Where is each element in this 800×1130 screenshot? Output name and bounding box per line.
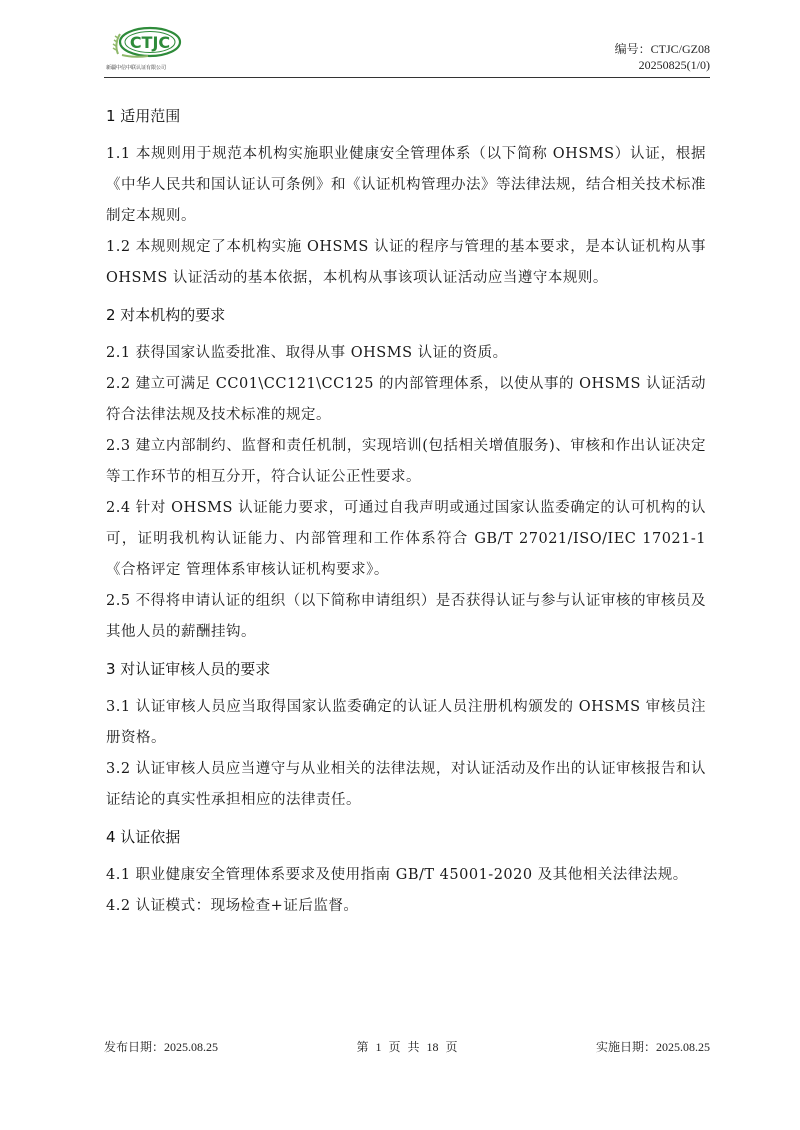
section-heading: 4 认证依据 <box>106 824 706 850</box>
document-body: 1 适用范围 1.1 本规则用于规范本机构实施职业健康安全管理体系（以下简称 O… <box>106 103 706 922</box>
paragraph-2-5: 2.5 不得将申请认证的组织（以下简称申请组织）是否获得认证与参与认证审核的审核… <box>106 586 706 648</box>
publish-date: 发布日期：2025.08.25 <box>104 1038 218 1055</box>
paragraph-2-3: 2.3 建立内部制约、监督和责任机制，实现培训(包括相关增值服务)、审核和作出认… <box>106 431 706 493</box>
paragraph-2-1: 2.1 获得国家认监委批准、取得从事 OHSMS 认证的资质。 <box>106 338 706 369</box>
paragraph-1-2: 1.2 本规则规定了本机构实施 OHSMS 认证的程序与管理的基本要求，是本认证… <box>106 232 706 294</box>
section-heading: 3 对认证审核人员的要求 <box>106 656 706 682</box>
page-header: CTJC 新疆中信中联认证有限公司 编号：CTJC/GZ08 20250825(… <box>104 24 710 76</box>
header-divider <box>104 77 710 78</box>
section-3: 3 对认证审核人员的要求 3.1 认证审核人员应当取得国家认监委确定的认证人员注… <box>106 656 706 816</box>
page-number: 第 1 页 共 18 页 <box>356 1038 457 1055</box>
paragraph-3-1: 3.1 认证审核人员应当取得国家认监委确定的认证人员注册机构颁发的 OHSMS … <box>106 692 706 754</box>
paragraph-4-1: 4.1 职业健康安全管理体系要求及使用指南 GB/T 45001-2020 及其… <box>106 860 706 891</box>
paragraph-2-4: 2.4 针对 OHSMS 认证能力要求，可通过自我声明或通过国家认监委确定的认可… <box>106 493 706 586</box>
section-4: 4 认证依据 4.1 职业健康安全管理体系要求及使用指南 GB/T 45001-… <box>106 824 706 922</box>
effective-date: 实施日期：2025.08.25 <box>596 1038 710 1055</box>
paragraph-4-2: 4.2 认证模式：现场检查+证后监督。 <box>106 891 706 922</box>
section-heading: 2 对本机构的要求 <box>106 302 706 328</box>
company-name: 新疆中信中联认证有限公司 <box>106 64 166 71</box>
svg-text:CTJC: CTJC <box>130 33 170 52</box>
page-footer: 发布日期：2025.08.25 第 1 页 共 18 页 实施日期：2025.0… <box>104 1038 710 1054</box>
paragraph-1-1: 1.1 本规则用于规范本机构实施职业健康安全管理体系（以下简称 OHSMS）认证… <box>106 139 706 232</box>
section-heading: 1 适用范围 <box>106 103 706 129</box>
document-version: 20250825(1/0) <box>615 57 710 73</box>
paragraph-2-2: 2.2 建立可满足 CC01\CC121\CC125 的内部管理体系，以使从事的… <box>106 369 706 431</box>
document-number: 编号：CTJC/GZ08 <box>615 41 710 57</box>
document-meta: 编号：CTJC/GZ08 20250825(1/0) <box>615 41 710 73</box>
ctjc-logo-icon: CTJC <box>104 24 194 64</box>
section-2: 2 对本机构的要求 2.1 获得国家认监委批准、取得从事 OHSMS 认证的资质… <box>106 302 706 648</box>
section-1: 1 适用范围 1.1 本规则用于规范本机构实施职业健康安全管理体系（以下简称 O… <box>106 103 706 294</box>
paragraph-3-2: 3.2 认证审核人员应当遵守与从业相关的法律法规，对认证活动及作出的认证审核报告… <box>106 754 706 816</box>
